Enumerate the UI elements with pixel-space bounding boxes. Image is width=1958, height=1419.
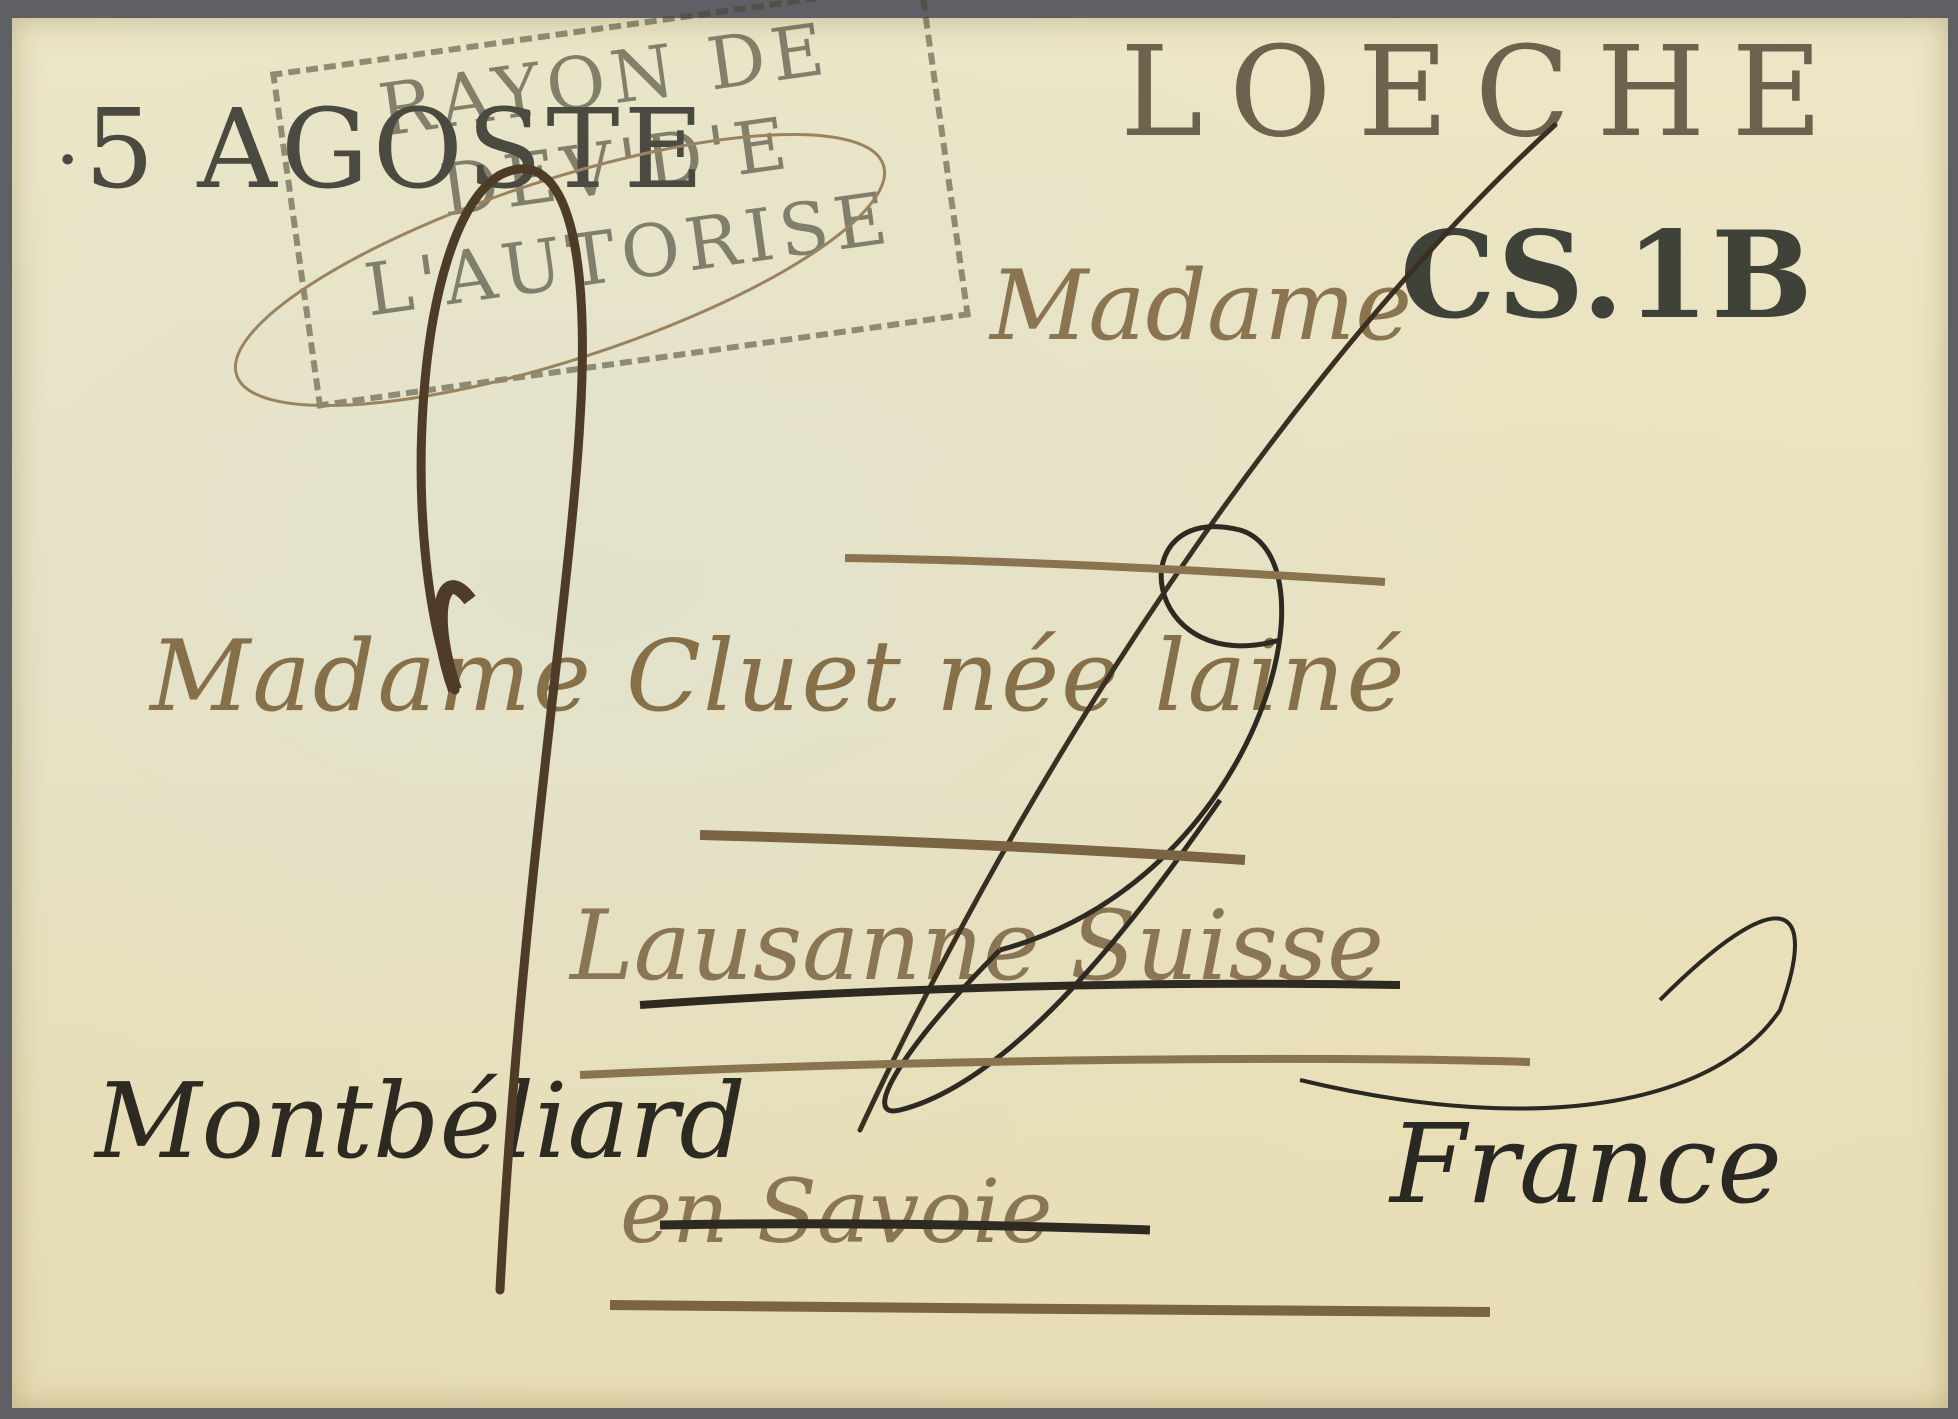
numeral-six-stroke: [1000, 527, 1282, 950]
strike-line-4: [580, 1059, 1530, 1075]
strike-line-3: [640, 984, 1400, 1005]
strike-line-5: [660, 1224, 1150, 1230]
numeral-nine-stroke: [421, 169, 582, 1290]
slash-stroke: [860, 125, 1555, 1130]
france-flourish: [1300, 918, 1795, 1108]
strike-line-1: [845, 558, 1385, 582]
cachet-oval-mark: [209, 79, 911, 460]
numeral-nine-blot: [441, 587, 470, 690]
underline-stroke: [610, 1305, 1490, 1312]
strike-line-2: [700, 835, 1245, 860]
pen-strokes: [0, 0, 1958, 1419]
ink-layer: RAYON DE DEV'D'E L'AUTORISE ·5 AGOSTE LO…: [0, 0, 1958, 1419]
